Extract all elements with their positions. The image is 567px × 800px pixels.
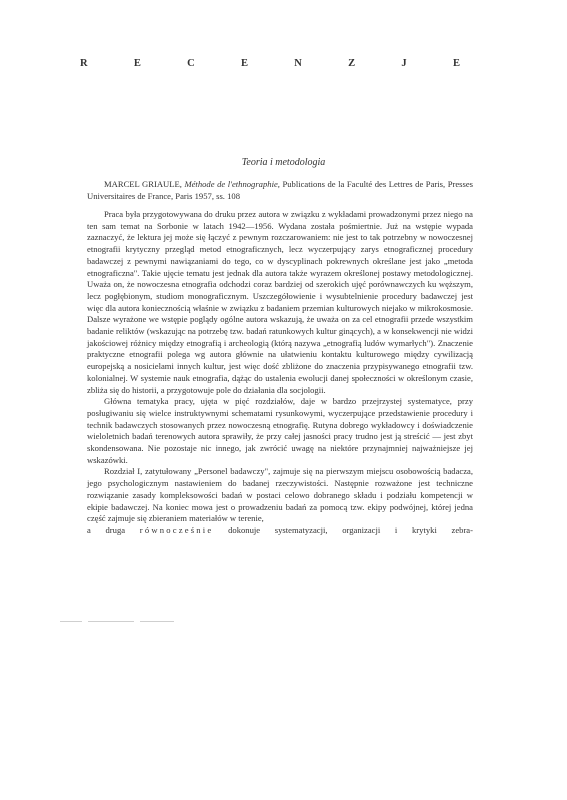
citation-author: MARCEL GRIAULE, — [104, 179, 182, 189]
section-header-recenzje: R E C E N Z J E — [80, 58, 460, 69]
text-fragment: a druga — [87, 525, 140, 535]
text-fragment: dokonuje systematyzacji, organizacji i k… — [213, 525, 473, 535]
scan-artifact-marks — [60, 621, 200, 623]
paragraph: Praca była przygotowywana do druku przez… — [87, 209, 473, 396]
spaced-emphasis: równocześnie — [140, 525, 214, 535]
paragraph: Rozdział I, zatytułowany „Personel badaw… — [87, 466, 473, 525]
subsection-title: Teoria i metodologia — [0, 157, 567, 168]
header-letter: N — [294, 58, 302, 69]
header-letter: R — [80, 58, 88, 69]
header-letter: C — [187, 58, 195, 69]
book-citation: MARCEL GRIAULE, Méthode de l'ethnographi… — [87, 178, 473, 202]
paragraph: Główna tematyka pracy, ujęta w pięć rozd… — [87, 396, 473, 466]
document-page: R E C E N Z J E Teoria i metodologia MAR… — [0, 0, 567, 800]
citation-title: Méthode de l'ethnographie, — [184, 179, 279, 189]
header-letter: J — [401, 58, 406, 69]
header-letter: E — [241, 58, 248, 69]
paragraph-continuation: a druga równocześnie dokonuje systematyz… — [87, 525, 473, 537]
header-letter: E — [453, 58, 460, 69]
header-letter: Z — [348, 58, 355, 69]
header-letter: E — [134, 58, 141, 69]
review-body: Praca była przygotowywana do druku przez… — [87, 209, 473, 537]
